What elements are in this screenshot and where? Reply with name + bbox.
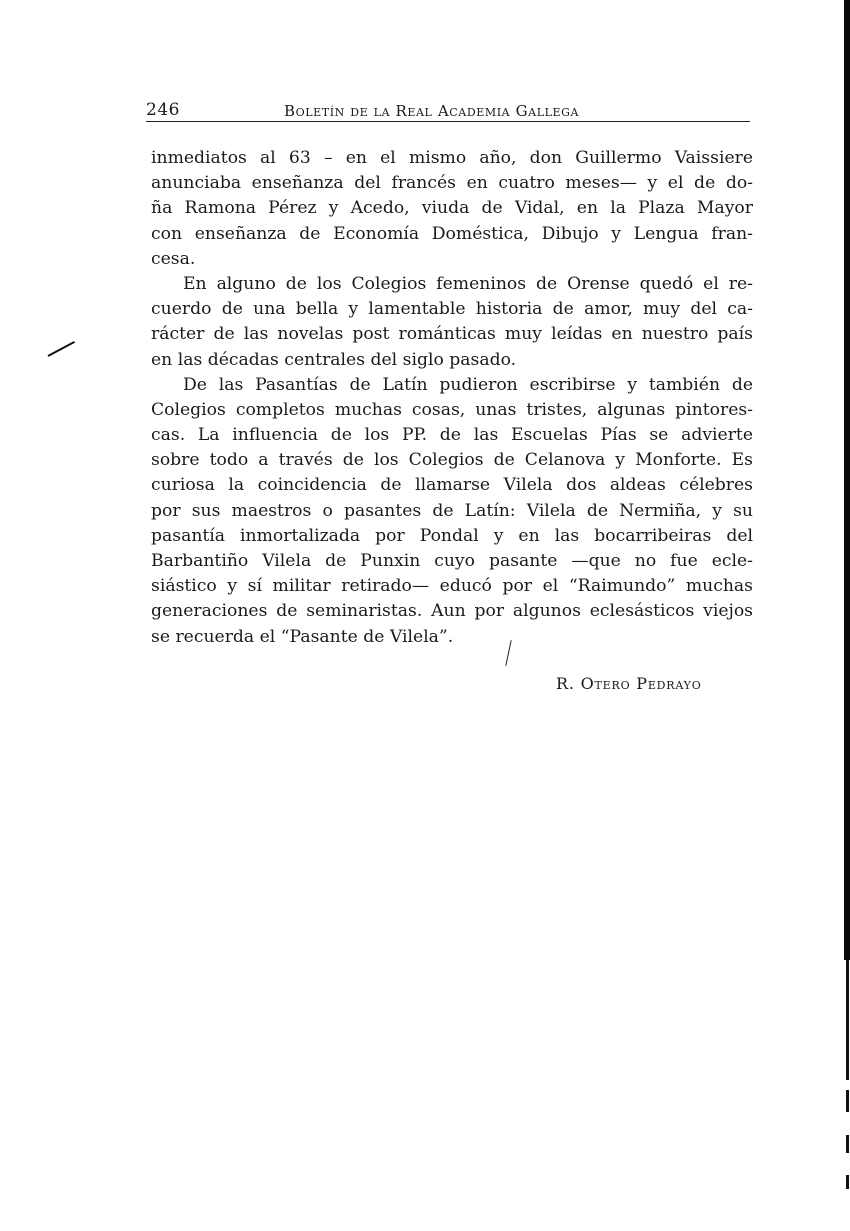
header-rule [146, 121, 750, 122]
text-line: cesa. [151, 247, 753, 272]
text-line: sobre todo a través de los Colegios de C… [151, 448, 753, 473]
text-line: Colegios completos muchas cosas, unas tr… [151, 398, 753, 423]
text-line: curiosa la coincidencia de llamarse Vile… [151, 473, 753, 498]
text-line: ña Ramona Pérez y Acedo, viuda de Vidal,… [151, 196, 753, 221]
paragraph-start: En alguno de los Colegios femeninos de O… [151, 272, 753, 297]
text-line: en las décadas centrales del siglo pasad… [151, 348, 753, 373]
text-line: se recuerda el “Pasante de Vilela”. [151, 625, 753, 650]
scan-edge-border [846, 960, 849, 1080]
text-line: anunciaba enseñanza del francés en cuatr… [151, 171, 753, 196]
scan-edge-border [846, 1135, 849, 1153]
text-line: por sus maestros o pasantes de Latín: Vi… [151, 499, 753, 524]
text-line: con enseñanza de Economía Doméstica, Dib… [151, 222, 753, 247]
text-line: Barbantiño Vilela de Punxin cuyo pasante… [151, 549, 753, 574]
margin-pen-mark [48, 341, 75, 357]
scan-edge-border [846, 1175, 849, 1189]
scan-edge-border [844, 0, 850, 960]
page-number: 246 [146, 100, 180, 120]
paragraph-start: De las Pasantías de Latín pudieron escri… [151, 373, 753, 398]
text-line: cas. La influencia de los PP. de las Esc… [151, 423, 753, 448]
document-page: 246 Boletín de la Real Academia Gallega … [0, 0, 850, 1231]
author-signature: R. Otero Pedrayo [556, 674, 702, 693]
text-line: rácter de las novelas post románticas mu… [151, 322, 753, 347]
body-text: inmediatos al 63 – en el mismo año, don … [151, 146, 753, 650]
scan-edge-border [846, 1090, 849, 1112]
text-line: generaciones de seminaristas. Aun por al… [151, 599, 753, 624]
text-line: siástico y sí militar retirado— educó po… [151, 574, 753, 599]
text-line: pasantía inmortalizada por Pondal y en l… [151, 524, 753, 549]
running-title: Boletín de la Real Academia Gallega [284, 102, 579, 120]
text-line: inmediatos al 63 – en el mismo año, don … [151, 146, 753, 171]
text-line: cuerdo de una bella y lamentable histori… [151, 297, 753, 322]
